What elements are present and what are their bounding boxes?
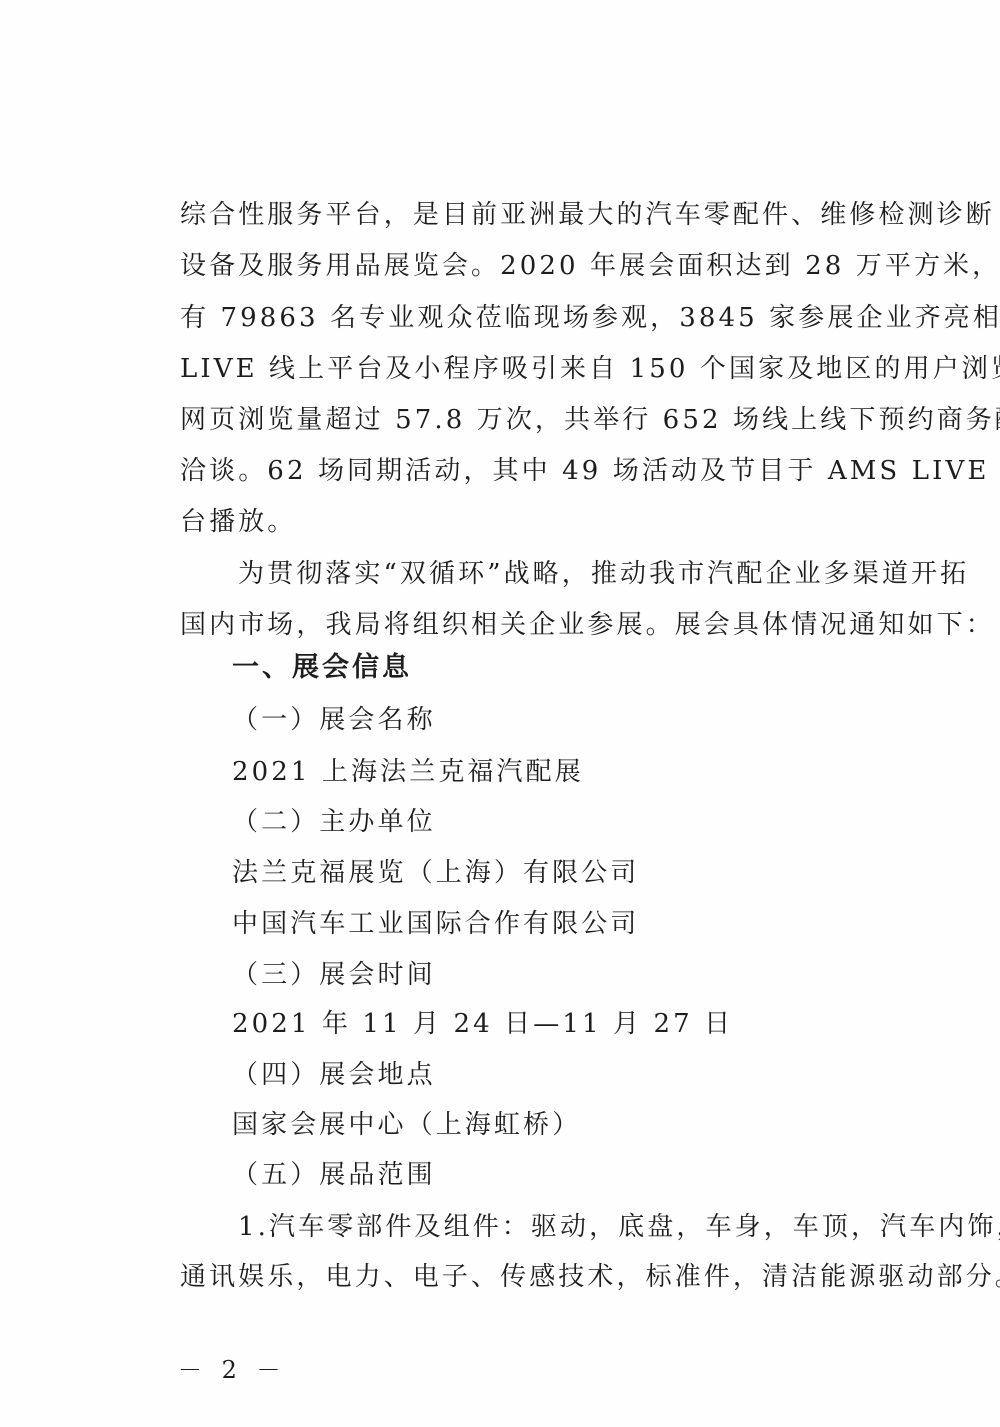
subsection-title-exhibition-venue: （四）展会地点 [232, 1055, 436, 1095]
section-heading-exhibition-info: 一、展会信息 [232, 648, 412, 688]
paragraph-1-line-5: 网页浏览量超过 57.8 万次，共举行 652 场线上线下预约商务配对 [180, 400, 942, 440]
paragraph-1-line-3: 有 79863 名专业观众莅临现场参观，3845 家参展企业齐亮相。AMS [180, 298, 942, 338]
paragraph-1-line-2: 设备及服务用品展览会。2020 年展会面积达到 28 万平方米，共 [180, 246, 942, 286]
paragraph-2-line-2: 国内市场，我局将组织相关企业参展。展会具体情况通知如下： [180, 605, 942, 645]
document-page: 综合性服务平台，是目前亚洲最大的汽车零配件、维修检测诊断 设备及服务用品展览会。… [0, 0, 1000, 1427]
page-number: － 2 － [178, 1352, 287, 1388]
exhibition-name-value: 2021 上海法兰克福汽配展 [232, 752, 584, 792]
paragraph-1-line-1: 综合性服务平台，是目前亚洲最大的汽车零配件、维修检测诊断 [180, 195, 942, 235]
organizer-1: 法兰克福展览（上海）有限公司 [232, 853, 639, 893]
paragraph-2-line-1: 为贯彻落实“双循环”战略，推动我市汽配企业多渠道开拓 [238, 554, 942, 594]
exhibit-scope-item-1-line-1: 1.汽车零部件及组件：驱动，底盘，车身，车顶，汽车内饰， [238, 1207, 942, 1247]
paragraph-1-line-4: LIVE 线上平台及小程序吸引来自 150 个国家及地区的用户浏览， [180, 349, 942, 389]
subsection-title-exhibit-scope: （五）展品范围 [232, 1155, 436, 1195]
subsection-title-organizers: （二）主办单位 [232, 802, 436, 842]
organizer-2: 中国汽车工业国际合作有限公司 [232, 904, 639, 944]
exhibit-scope-item-1-line-2: 通讯娱乐，电力、电子、传感技术，标准件，清洁能源驱动部分。 [180, 1257, 942, 1297]
subsection-title-exhibition-name: （一）展会名称 [232, 700, 436, 740]
subsection-title-exhibition-time: （三）展会时间 [232, 955, 436, 995]
exhibition-time-value: 2021 年 11 月 24 日—11 月 27 日 [232, 1004, 733, 1044]
paragraph-1-line-7: 台播放。 [180, 502, 296, 542]
exhibition-venue-value: 国家会展中心（上海虹桥） [232, 1105, 581, 1145]
paragraph-1-line-6: 洽谈。62 场同期活动，其中 49 场活动及节目于 AMS LIVE 线上平 [180, 451, 942, 491]
